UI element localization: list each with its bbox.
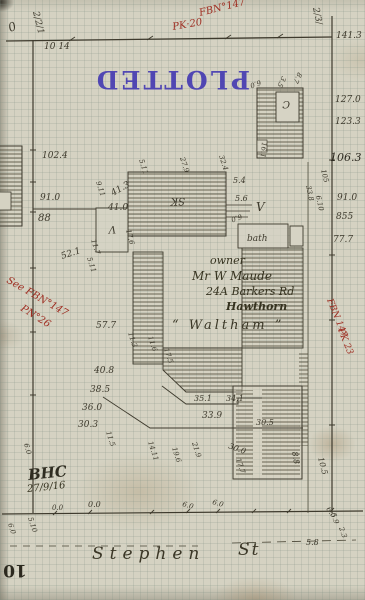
owner-name: Mr W Maude xyxy=(192,269,272,283)
measurement-label: 6.0 xyxy=(22,442,33,455)
measurement-label: 5.10 xyxy=(26,516,39,534)
measurement-label: 41.0 xyxy=(107,203,128,213)
measurement-label: 11.5 xyxy=(104,430,117,448)
measurement-label: 21.9 xyxy=(190,440,203,459)
measurement-label: 8.7 xyxy=(291,71,303,85)
measurement-label: 105 xyxy=(319,168,330,184)
plotted-stamp: PLOTTED xyxy=(100,62,250,96)
field-book-page: 02/2/1FBN°147PK·202/3/141.310 146.03.58.… xyxy=(0,0,365,600)
owner-heading: owner xyxy=(210,254,245,267)
street-suffix-label: St xyxy=(238,540,260,560)
measurement-label: 6.0 xyxy=(211,498,224,509)
measurement-label: 9.11 xyxy=(94,180,106,197)
measurement-label: 6.0 xyxy=(6,522,17,536)
measurement-label: 127.0 xyxy=(335,95,361,105)
measurement-label: 38.5 xyxy=(90,385,110,395)
building-west-edge xyxy=(0,146,22,226)
measurement-label: 33.9 xyxy=(202,411,222,421)
measurement-label: 6.10 xyxy=(314,195,325,212)
measurement-label: 10.5 xyxy=(316,456,329,476)
measurement-label: 52.1 xyxy=(60,246,82,262)
boundary-north-line xyxy=(6,37,332,41)
measurement-label: 35.1 xyxy=(194,394,212,403)
property-name: “ Waltham ” xyxy=(172,318,284,333)
measurement-label: 30.3 xyxy=(78,420,98,430)
measurement-label: 88 xyxy=(38,213,51,224)
measurement-label: 30.5 xyxy=(256,418,274,427)
measurement-label: 36.0 xyxy=(82,403,102,413)
measurement-label: 2.3 xyxy=(337,525,349,540)
measurement-label: 855 xyxy=(336,212,353,222)
red-reference-label: PK 23 xyxy=(335,326,355,356)
measurement-label: 106.3 xyxy=(330,151,362,164)
measurement-label: 19.6 xyxy=(170,446,183,464)
measurement-label: 0 xyxy=(6,19,18,35)
red-reference-label: PK·20 xyxy=(171,17,204,33)
measurement-label: 0.0 xyxy=(52,504,64,512)
measurement-label: 6.0 xyxy=(229,212,243,224)
measurement-label: 5.4 xyxy=(233,176,246,185)
red-reference-label: FBN°147 xyxy=(197,0,247,19)
measurement-label: 10 14 xyxy=(44,42,70,52)
measurement-label: 5.6 xyxy=(235,194,248,203)
measurement-label: 14.11 xyxy=(146,440,160,462)
measurement-label: 57.7 xyxy=(96,321,116,331)
measurement-label: 5.9 xyxy=(329,512,341,526)
measurement-label: 2/2/1 xyxy=(30,9,46,35)
page-number: 10 xyxy=(2,560,28,580)
owner-suburb: Hawthorn xyxy=(226,300,287,313)
measurement-label: 77.7 xyxy=(333,235,353,245)
measurement-label: 5.8 xyxy=(306,538,319,547)
measurement-label: 6.0 xyxy=(181,500,194,511)
measurement-label: 34.1 xyxy=(226,394,244,403)
measurement-label: 91.0 xyxy=(337,193,357,203)
measurement-label: C xyxy=(282,98,290,109)
measurement-label: 2/3/ xyxy=(310,6,324,27)
measurement-label: SK xyxy=(170,195,185,206)
measurement-label: 5.11 xyxy=(85,256,97,273)
measurement-label: 27.9 xyxy=(178,155,191,174)
measurement-label: 91.0 xyxy=(40,193,60,203)
measurement-label: 123.3 xyxy=(335,117,361,127)
measurement-label: 0.0 xyxy=(88,500,101,509)
measurement-label: bath xyxy=(247,234,268,244)
street-name-label: Stephen xyxy=(92,544,205,564)
measurement-label: 3.5 xyxy=(275,75,287,89)
measurement-label: 33.8 xyxy=(304,185,315,202)
measurement-label: 40.8 xyxy=(93,366,114,376)
measurement-label: 141.3 xyxy=(336,31,362,41)
measurement-label: 16.1 xyxy=(259,142,268,158)
owner-address: 24A Barkers Rd xyxy=(206,285,294,298)
measurement-label: 32.4 xyxy=(217,154,229,171)
measurement-label: V xyxy=(256,200,266,214)
measurement-label: 102.4 xyxy=(42,151,68,161)
